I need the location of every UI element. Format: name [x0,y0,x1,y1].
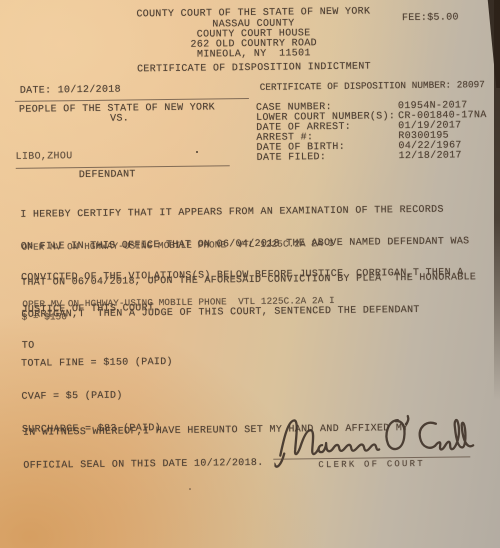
cert-number-value: 28097 [457,79,485,90]
paper-speck [196,151,198,153]
cert-number-line: CERTIFICATE OF DISPOSITION NUMBER: 28097 [260,80,485,93]
document-photo: COUNTY COURT OF THE STATE OF NEW YORK NA… [0,0,500,548]
amount-line: $ = $150 [22,312,68,323]
defendant-label: DEFENDANT [79,170,136,181]
vs-label: VS. [110,114,129,125]
clerk-title: CLERK OF COURT [318,459,425,471]
cvaf-line: CVAF = $5 (PAID) [21,390,173,404]
date-line: DATE: 10/12/2018 [20,86,121,98]
divider-above-plaintiff [15,98,249,102]
paper-speck [189,488,191,490]
date-filed-label: DATE FILED: [257,153,327,164]
total-fine-line: TOTAL FINE = $150 (PAID) [21,357,173,371]
defendant-name: LIBO,ZHOU [16,152,73,163]
document-sheet: COUNTY COURT OF THE STATE OF NEW YORK NA… [0,0,500,548]
sentence-line: THAT ON 06/04/2018, UPON THE AFORESAID C… [21,273,476,289]
photo-edge-strip [494,0,500,400]
certify-line: I HEREBY CERTIFY THAT IT APPEARS FROM AN… [20,205,469,221]
date-filed-value: 12/18/2017 [399,151,462,162]
fee-label: FEE:$5.00 [402,13,459,24]
document-title: CERTIFICATE OF DISPOSITION INDICTMENT [11,61,498,77]
divider-above-defendant-label [16,165,230,169]
cert-number-label: CERTIFICATE OF DISPOSITION NUMBER: [260,80,451,93]
